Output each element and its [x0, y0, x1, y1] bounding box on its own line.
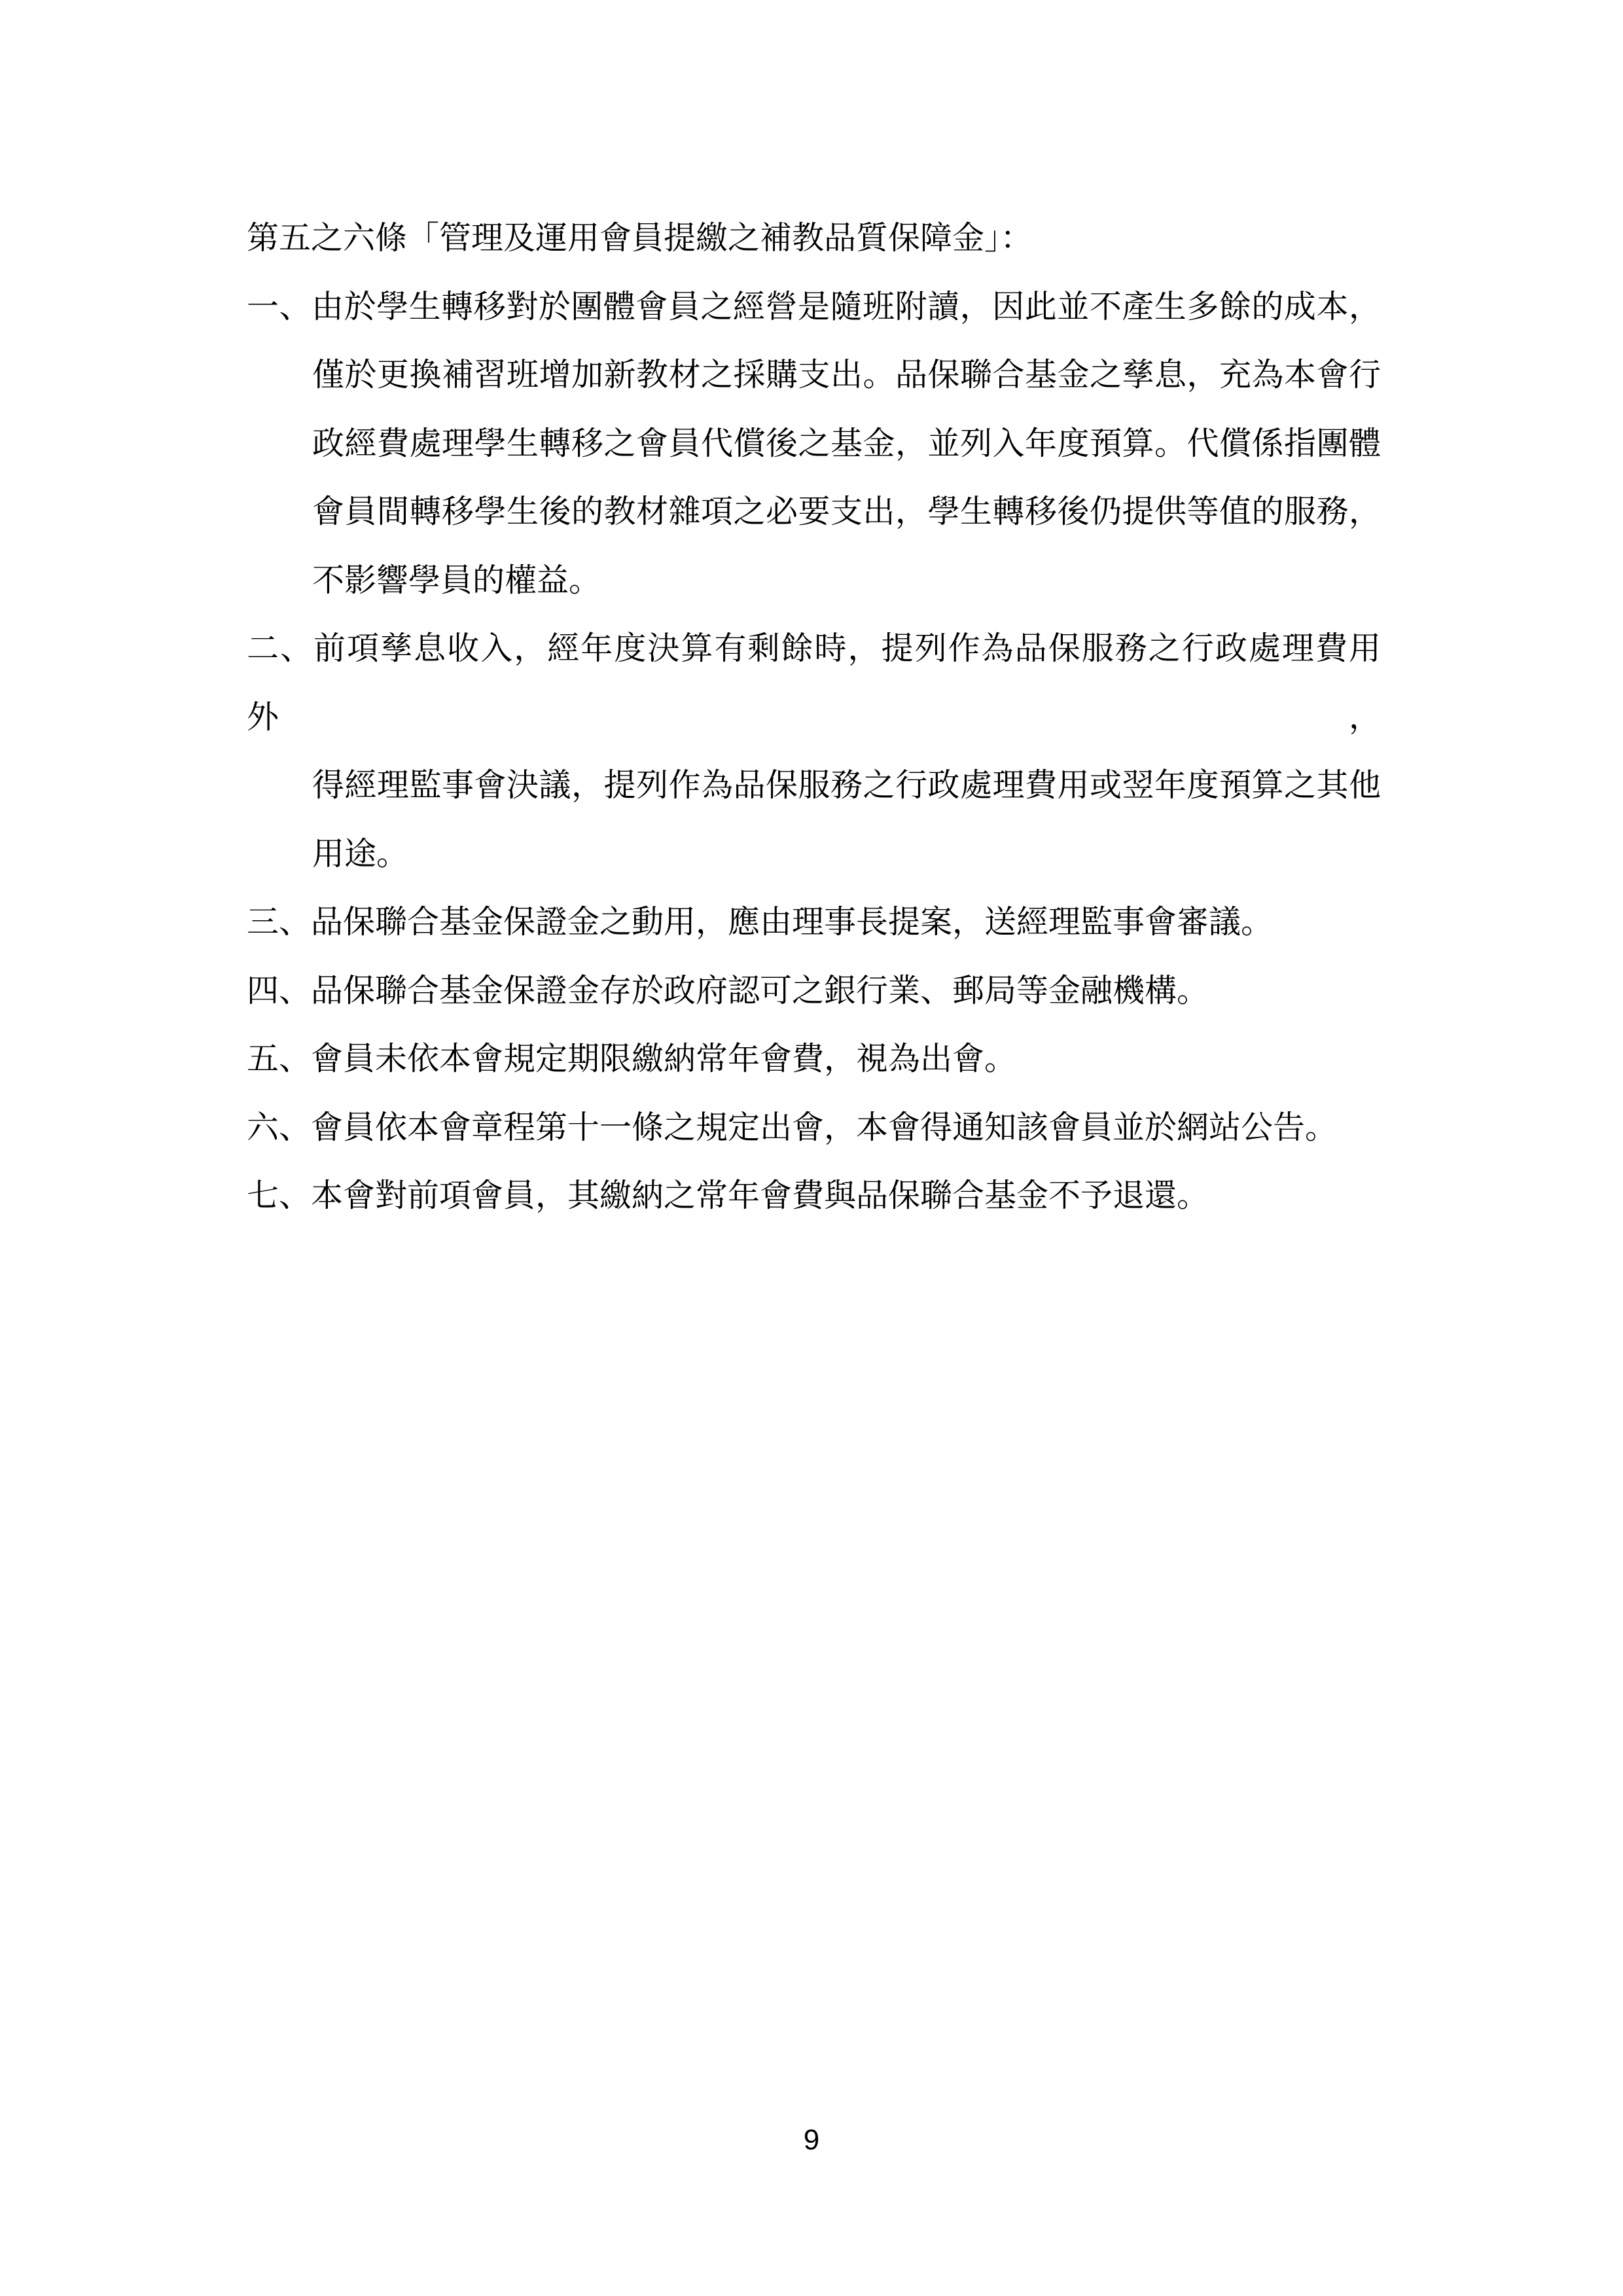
page-footer: 9	[0, 2123, 1623, 2157]
page-number: 9	[804, 2124, 819, 2156]
text-line-item-5: 五、會員未依本會規定期限繳納常年會費，視為出會。	[247, 1025, 1381, 1094]
text-line-item-7: 七、本會對前項會員，其繳納之常年會費與品保聯合基金不予退還。	[247, 1162, 1381, 1230]
text-line: 政經費處理學生轉移之會員代償後之基金，並列入年度預算。代償係指團體	[312, 410, 1381, 478]
article-heading: 第五之六條「管理及運用會員提繳之補教品質保障金」：	[247, 204, 1381, 273]
text-line: 僅於更換補習班增加新教材之採購支出。品保聯合基金之孳息，充為本會行	[312, 341, 1381, 410]
text-line-item-1: 一、由於學生轉移對於團體會員之經營是隨班附讀，因此並不產生多餘的成本，	[247, 273, 1381, 342]
text-line: 不影響學員的權益。	[312, 547, 1381, 615]
text-line: 用途。	[312, 820, 1381, 889]
text-line-item-4: 四、品保聯合基金保證金存於政府認可之銀行業、郵局等金融機構。	[247, 957, 1381, 1026]
text-line-item-3: 三、品保聯合基金保證金之動用，應由理事長提案，送經理監事會審議。	[247, 888, 1381, 957]
text-line: 會員間轉移學生後的教材雜項之必要支出，學生轉移後仍提供等值的服務，	[312, 478, 1381, 547]
text-line-item-6: 六、會員依本會章程第十一條之規定出會，本會得通知該會員並於網站公告。	[247, 1094, 1381, 1162]
document-text-block: 第五之六條「管理及運用會員提繳之補教品質保障金」： 一、由於學生轉移對於團體會員…	[247, 204, 1381, 1230]
text-line-item-2: 二、前項孳息收入，經年度決算有剩餘時，提列作為品保服務之行政處理費用外，	[247, 615, 1381, 751]
document-page: 第五之六條「管理及運用會員提繳之補教品質保障金」： 一、由於學生轉移對於團體會員…	[0, 0, 1623, 2296]
text-line: 得經理監事會決議，提列作為品保服務之行政處理費用或翌年度預算之其他	[312, 751, 1381, 820]
